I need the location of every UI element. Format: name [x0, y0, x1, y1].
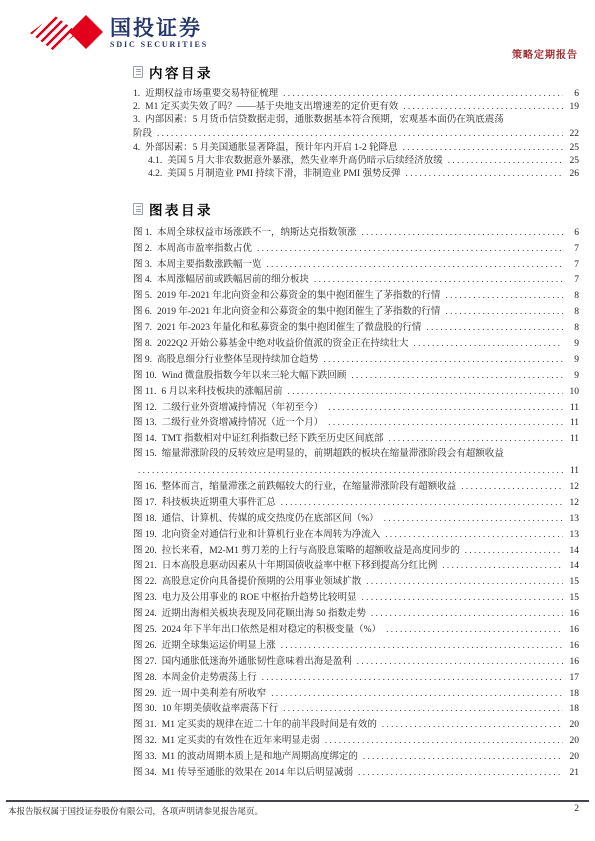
dot-leader	[448, 154, 563, 167]
figure-entry-page: 16	[566, 639, 579, 655]
figure-entry-title: Wind 微盘股指数今年以来三轮大幅下跌回顾	[162, 369, 347, 385]
figure-entry-title: 2024 年下半年出口依然是相对稳定的积极变量（%）	[162, 623, 381, 639]
figure-entry-title: 高股息定价向具备提价预期的公用事业领域扩散	[162, 575, 362, 591]
toc-entry-number: 3.	[133, 114, 140, 127]
figure-entry[interactable]: 图 7. 2021 年-2023 年量化和私募资金的集中抱团催生了微盘股的行情 …	[133, 320, 579, 336]
figure-entry-page: 15	[566, 575, 579, 591]
figure-entry-title: 电力及公用事业的 ROE 中枢抬升趋势比较明显	[162, 591, 357, 607]
figure-entry-title: M1 定买卖的规律在近二十年的前半段时间是有效的	[162, 718, 377, 734]
page-number: 2	[574, 804, 579, 814]
figure-entry[interactable]: 图 26. 近期全球集运运价明显上涨 16	[133, 638, 579, 654]
figure-entry[interactable]: 图 8. 2022Q2 开始公募基金中绝对收益价值派的资金正在持续壮大 9	[133, 336, 579, 352]
figure-entry[interactable]: 图 27. 国内通胀低迷海外通胀韧性意味着出海是盈利 16	[133, 654, 579, 670]
dot-leader	[445, 304, 563, 320]
figure-entry-title: 6 月以来科技板块的涨幅居前	[161, 385, 282, 401]
contents-section-title: 内容目录	[133, 62, 579, 81]
figure-entry-page: 6	[566, 226, 579, 242]
figure-entry[interactable]: 图 23. 电力及公用事业的 ROE 中枢抬升趋势比较明显 15	[133, 590, 579, 606]
figure-entry-number: 图 2.	[133, 242, 152, 258]
figure-entry-page: 20	[566, 750, 579, 766]
brand-name-cn: 国投证券	[110, 18, 208, 39]
figure-entry-title: 近期出海相关板块表现及同花顺出海 50 指数走势	[162, 607, 366, 623]
figure-entry[interactable]: 图 24. 近期出海相关板块表现及同花顺出海 50 指数走势 16	[133, 606, 579, 622]
figure-entry-page: 12	[566, 480, 579, 496]
figure-entry-page: 16	[566, 623, 579, 639]
footer-divider	[6, 800, 589, 802]
figure-entry-page: 14	[566, 559, 579, 575]
toc-entry-number: 4.1.	[148, 155, 162, 168]
toc-entry-number: 4.2.	[148, 168, 162, 181]
figure-entry[interactable]: 图 10. Wind 微盘股指数今年以来三轮大幅下跌回顾 9	[133, 368, 579, 384]
figure-entry-page: 16	[566, 655, 579, 671]
figure-entry-page: 8	[566, 289, 579, 305]
figure-entry-page: 17	[566, 671, 579, 687]
figure-entry-number: 图 4.	[133, 273, 152, 289]
figure-entry-page: 8	[566, 305, 579, 321]
figure-entry[interactable]: 图 11. 6 月以来科技板块的涨幅居前 10	[133, 384, 579, 400]
sdic-logo: 国投证券 SDIC SECURITIES	[30, 12, 208, 54]
figures-section-title: 图表目录	[133, 200, 579, 219]
dot-leader	[363, 749, 563, 765]
toc-entry[interactable]: 2. M1 定买卖失效了吗？——基于央地支出增速差的定价更有效 19	[133, 100, 579, 113]
figure-entry[interactable]: 图 21. 日本高股息驱动因素从十年期国债收益率中枢下移到提高分红比例 14	[133, 558, 579, 574]
figure-entry-page: 11	[566, 464, 579, 480]
figure-entry-number: 图 6.	[133, 305, 152, 321]
contents-list: 1. 近期权益市场重要交易特征梳理 6 2. M1 定买卖失效了吗？——基于央地…	[133, 87, 579, 181]
report-type-label: 策略定期报告	[512, 46, 578, 61]
toc-entry[interactable]: 1. 近期权益市场重要交易特征梳理 6	[133, 87, 579, 100]
figure-entry[interactable]: 图 32. M1 定买卖的有效性在近年来明显走弱 20	[133, 733, 579, 749]
brand-name-en: SDIC SECURITIES	[110, 41, 208, 49]
figure-entry[interactable]: 图 22. 高股息定价向具备提价预期的公用事业领域扩散 15	[133, 574, 579, 590]
figure-entry-number: 图 31.	[133, 718, 157, 734]
figure-entry-title: 日本高股息驱动因素从十年期国债收益率中枢下移到提高分红比例	[162, 559, 438, 575]
figure-entry-page: 11	[566, 416, 579, 432]
toc-entry-page: 25	[566, 142, 579, 155]
figure-entry[interactable]: 图 18. 通信、计算机、传媒的成交热度仍在底部区间（%） 13	[133, 511, 579, 527]
figure-entry-title: 近期全球集运运价明显上涨	[162, 639, 276, 655]
dot-leader	[465, 543, 563, 559]
figure-entry-title: 高股息细分行业整体呈现持续加仓趋势	[157, 353, 319, 369]
figure-entry-page: 18	[566, 702, 579, 718]
figure-entry-page: 13	[566, 528, 579, 544]
figure-entry-number: 图 18.	[133, 512, 157, 528]
figure-entry[interactable]: 图 9. 高股息细分行业整体呈现持续加仓趋势 9	[133, 352, 579, 368]
figure-entry-title: 二级行业外资增减持情况（年初至今）	[162, 401, 324, 417]
figures-list: 图 1. 本周全球权益市场涨跌不一，纳斯达克指数领涨 6 图 2. 本周高市盈率…	[133, 225, 579, 781]
figure-entry[interactable]: 图 6. 2019 年-2021 年北向资金和公募资金的集中抱团催生了茅指数的行…	[133, 304, 579, 320]
figure-entry-page: 7	[566, 258, 579, 274]
toc-entry[interactable]: 阶段 22	[133, 127, 579, 140]
figure-entry-page: 10	[566, 385, 579, 401]
dot-leader	[362, 590, 563, 606]
figure-entry[interactable]: 图 3. 本周主要指数涨跌幅一览 7	[133, 257, 579, 273]
figure-entry[interactable]: 图 25. 2024 年下半年出口依然是相对稳定的积极变量（%） 16	[133, 622, 579, 638]
toc-entry-title: 近期权益市场重要交易特征梳理	[145, 88, 278, 101]
figure-entry-number: 图 34.	[133, 766, 157, 782]
toc-entry-title: 美国 5 月大非农数据意外暴涨，然失业率升高仍暗示后续经济放缓	[167, 155, 443, 168]
figure-entry-page: 20	[566, 734, 579, 750]
toc-entry-number: 4.	[133, 142, 140, 155]
list-icon	[133, 66, 143, 78]
figure-entry[interactable]: 图 13. 二级行业外资增减持情况（近一个月） 11	[133, 415, 579, 431]
list-icon	[133, 203, 143, 215]
dot-leader	[389, 431, 563, 447]
figure-entry-title: TMT 指数相对中证红利指数已经下跌至历史区间底部	[162, 432, 384, 448]
figure-entry[interactable]: 图 1. 本周全球权益市场涨跌不一，纳斯达克指数领涨 6	[133, 225, 579, 241]
figure-entry[interactable]: 图 5. 2019 年-2021 年北向资金和公募资金的集中抱团催生了茅指数的行…	[133, 288, 579, 304]
figure-entry-page: 21	[566, 766, 579, 782]
dot-leader	[138, 463, 563, 479]
dot-leader	[414, 336, 563, 352]
figure-entry-title: 2019 年-2021 年北向资金和公募资金的集中抱团催生了茅指数的行情	[157, 305, 440, 321]
figure-entry-number: 图 21.	[133, 559, 157, 575]
dot-leader	[442, 558, 563, 574]
dot-leader	[351, 368, 563, 384]
figure-entry[interactable]: 图 2. 本周高市盈率指数占优 7	[133, 241, 579, 257]
brand-text-block: 国投证券 SDIC SECURITIES	[110, 18, 208, 49]
figure-entry[interactable]: 图 29. 近一周中美利差有所收窄 18	[133, 686, 579, 702]
figure-entry-number: 图 5.	[133, 289, 152, 305]
figure-entry-number: 图 25.	[133, 623, 157, 639]
dot-leader	[157, 127, 563, 140]
toc-area: 内容目录 1. 近期权益市场重要交易特征梳理 6 2. M1 定买卖失效了吗？—…	[133, 62, 579, 781]
figure-entry-number: 图 24.	[133, 607, 157, 623]
figure-entry-title: 本周高市盈率指数占优	[157, 242, 252, 258]
dot-leader	[325, 733, 563, 749]
dot-leader	[385, 527, 563, 543]
dot-leader	[384, 511, 563, 527]
figure-entry-title: M1 定买卖的有效性在近年来明显走弱	[162, 734, 320, 750]
dot-leader	[403, 100, 563, 113]
figure-entry-title: 2022Q2 开始公募基金中绝对收益价值派的资金正在持续壮大	[157, 337, 409, 353]
dot-leader	[406, 167, 563, 180]
figure-entry-number: 图 23.	[133, 591, 157, 607]
footer-disclaimer: 本报告版权属于国投证券股份有限公司，各项声明请参见报告尾页。	[8, 805, 263, 817]
figure-entry-number: 图 26.	[133, 639, 157, 655]
dot-leader	[371, 606, 563, 622]
dot-leader	[283, 701, 563, 717]
sdic-logo-mark	[30, 12, 100, 54]
figures-title-text: 图表目录	[149, 199, 213, 219]
figure-entry[interactable]: 图 33. M1 的波动周期本质上是和地产周期高度绑定的 20	[133, 749, 579, 765]
figure-entry-page: 18	[566, 687, 579, 703]
dot-leader	[257, 241, 563, 257]
figure-entry-title: 北向资金对通信行业和计算机行业在本周转为净流入	[162, 528, 381, 544]
dot-leader	[386, 622, 563, 638]
figure-entry-number: 图 33.	[133, 750, 157, 766]
dot-leader	[358, 765, 563, 781]
figure-entry-number: 图 19.	[133, 528, 157, 544]
figure-entry-number: 图 22.	[133, 575, 157, 591]
figure-entry-number: 图 16.	[133, 480, 157, 496]
figure-entry[interactable]: 图 14. TMT 指数相对中证红利指数已经下跌至历史区间底部 11	[133, 431, 579, 447]
dot-leader	[271, 686, 563, 702]
figure-entry-page: 11	[566, 432, 579, 448]
dot-leader	[426, 320, 563, 336]
figure-entry-number: 图 12.	[133, 401, 157, 417]
figure-entry-title: 缩量滞涨阶段的反转效应是明显的，前期超跌的板块在缩量滞涨阶段会有超额收益	[162, 447, 504, 463]
dot-leader	[288, 384, 563, 400]
toc-entry-title: 内部因素：5 月货币信贷数据走弱，通胀数据基本符合预期，宏观基本面仍在筑底震荡	[145, 114, 504, 127]
dot-leader	[314, 272, 563, 288]
figure-entry-page: 9	[566, 337, 579, 353]
figure-entry-number: 图 32.	[133, 734, 157, 750]
figure-entry[interactable]: 图 17. 科技板块近期重大事件汇总 12	[133, 495, 579, 511]
toc-entry-title: 美国 5 月制造业 PMI 持续下滑，非制造业 PMI 强势反弹	[167, 168, 400, 181]
figure-entry[interactable]: 图 4. 本周涨幅居前或跌幅居前的细分板块 7	[133, 272, 579, 288]
toc-entry-page: 25	[566, 155, 579, 168]
figure-entry-number: 图 30.	[133, 702, 157, 718]
figure-entry-title: 10 年期美债收益率震荡下行	[162, 702, 278, 718]
figure-entry-title: 本周主要指数涨跌幅一览	[157, 258, 262, 274]
toc-entry-page: 26	[566, 168, 579, 181]
dot-leader	[357, 654, 563, 670]
dot-leader	[445, 288, 563, 304]
toc-entry-title: M1 定买卖失效了吗？——基于央地支出增速差的定价更有效	[145, 101, 398, 114]
figure-entry[interactable]: 图 20. 拉长来看，M2-M1 剪刀差的上行与高股息策略的超额收益是高度同步的…	[133, 543, 579, 559]
figure-entry-number: 图 20.	[133, 544, 157, 560]
figure-entry[interactable]: 图 16. 整体而言，缩量滞涨之前跌幅较大的行业，在缩量滞涨阶段有超额收益 12	[133, 479, 579, 495]
figure-entry-title: 本周涨幅居前或跌幅居前的细分板块	[157, 273, 309, 289]
figure-entry-title: 国内通胀低迷海外通胀韧性意味着出海是盈利	[162, 655, 352, 671]
figure-entry[interactable]: 11	[133, 463, 579, 479]
figure-entry[interactable]: 图 30. 10 年期美债收益率震荡下行 18	[133, 701, 579, 717]
dot-leader	[328, 400, 563, 416]
figure-entry-number: 图 3.	[133, 258, 152, 274]
dot-leader	[362, 225, 563, 241]
figure-entry-number: 图 7.	[133, 321, 152, 337]
dot-leader	[403, 141, 563, 154]
figure-entry[interactable]: 图 15. 缩量滞涨阶段的反转效应是明显的，前期超跌的板块在缩量滞涨阶段会有超额…	[133, 447, 579, 463]
figure-entry-page: 9	[566, 353, 579, 369]
figure-entry-number: 图 11.	[133, 385, 156, 401]
figure-entry-number: 图 15.	[133, 447, 157, 463]
toc-entry[interactable]: 4.2. 美国 5 月制造业 PMI 持续下滑，非制造业 PMI 强势反弹 26	[133, 167, 579, 180]
figure-entry[interactable]: 图 34. M1 传导至通胀的效果在 2014 年以后明显减弱 21	[133, 765, 579, 781]
report-header: 国投证券 SDIC SECURITIES 策略定期报告	[30, 12, 578, 61]
figure-entry-number: 图 9.	[133, 353, 152, 369]
logo-diamond-icon	[69, 15, 103, 49]
figure-entry-title: 2019 年-2021 年北向资金和公募资金的集中抱团催生了茅指数的行情	[157, 289, 440, 305]
figure-entry[interactable]: 图 19. 北向资金对通信行业和计算机行业在本周转为净流入 13	[133, 527, 579, 543]
figure-entry-page: 15	[566, 591, 579, 607]
figure-entry-title: 近一周中美利差有所收窄	[162, 687, 267, 703]
dot-leader	[262, 670, 563, 686]
toc-entry[interactable]: 4. 外部因素：5 月美国通胀显著降温，预计年内开启 1-2 轮降息 25	[133, 141, 579, 154]
toc-entry[interactable]: 4.1. 美国 5 月大非农数据意外暴涨，然失业率升高仍暗示后续经济放缓 25	[133, 154, 579, 167]
figure-entry-page: 12	[566, 496, 579, 512]
toc-entry-page: 19	[566, 101, 579, 114]
figure-entry-page: 13	[566, 512, 579, 528]
figure-entry-title: 通信、计算机、传媒的成交热度仍在底部区间（%）	[162, 512, 379, 528]
dot-leader	[281, 638, 563, 654]
figure-entry-title: 科技板块近期重大事件汇总	[162, 496, 276, 512]
figure-entry-number: 图 1.	[133, 226, 152, 242]
figure-entry-number: 图 27.	[133, 655, 157, 671]
figure-entry-page: 20	[566, 718, 579, 734]
figure-entry-page: 14	[566, 544, 579, 560]
toc-entry-page: 6	[566, 88, 579, 101]
contents-title-text: 内容目录	[149, 62, 213, 82]
figure-entry-number: 图 17.	[133, 496, 157, 512]
figure-entry-title: 本周全球权益市场涨跌不一，纳斯达克指数领涨	[157, 226, 357, 242]
figure-entry-number: 图 28.	[133, 671, 157, 687]
figure-entry-title: M1 的波动周期本质上是和地产周期高度绑定的	[162, 750, 358, 766]
figure-entry[interactable]: 图 12. 二级行业外资增减持情况（年初至今） 11	[133, 400, 579, 416]
toc-entry-title: 外部因素：5 月美国通胀显著降温，预计年内开启 1-2 轮降息	[145, 142, 398, 155]
figure-entry-page: 7	[566, 273, 579, 289]
figure-entry[interactable]: 图 28. 本周金价走势震荡上行 17	[133, 670, 579, 686]
figure-entry-page: 11	[566, 401, 579, 417]
figure-entry-number: 图 14.	[133, 432, 157, 448]
figure-entry-number: 图 29.	[133, 687, 157, 703]
figure-entry-title: 二级行业外资增减持情况（近一个月）	[162, 416, 324, 432]
toc-entry-number: 1.	[133, 88, 140, 101]
toc-entry-number: 2.	[133, 101, 140, 114]
figure-entry-title: 本周金价走势震荡上行	[162, 671, 257, 687]
figure-entry-title: 整体而言，缩量滞涨之前跌幅较大的行业，在缩量滞涨阶段有超额收益	[162, 480, 457, 496]
figure-entry-number: 图 13.	[133, 416, 157, 432]
figure-entry-title: 2021 年-2023 年量化和私募资金的集中抱团催生了微盘股的行情	[157, 321, 421, 337]
toc-entry[interactable]: 3. 内部因素：5 月货币信贷数据走弱，通胀数据基本符合预期，宏观基本面仍在筑底…	[133, 114, 579, 127]
figure-entry-page: 8	[566, 321, 579, 337]
figure-entry-title: M1 传导至通胀的效果在 2014 年以后明显减弱	[162, 766, 353, 782]
figure-entry-number: 图 10.	[133, 369, 157, 385]
dot-leader	[267, 257, 563, 273]
figure-entry-page: 7	[566, 242, 579, 258]
figure-entry-page: 16	[566, 607, 579, 623]
dot-leader	[461, 479, 563, 495]
figure-entry-title: 拉长来看，M2-M1 剪刀差的上行与高股息策略的超额收益是高度同步的	[162, 544, 460, 560]
toc-entry-page: 22	[566, 128, 579, 141]
dot-leader	[366, 574, 563, 590]
toc-entry-title: 阶段	[133, 128, 152, 141]
dot-leader	[281, 495, 563, 511]
figure-entry-page: 9	[566, 369, 579, 385]
dot-leader	[328, 415, 563, 431]
dot-leader	[382, 717, 563, 733]
dot-leader	[324, 352, 563, 368]
figure-entry[interactable]: 图 31. M1 定买卖的规律在近二十年的前半段时间是有效的 20	[133, 717, 579, 733]
dot-leader	[283, 87, 563, 100]
figure-entry-number: 图 8.	[133, 337, 152, 353]
